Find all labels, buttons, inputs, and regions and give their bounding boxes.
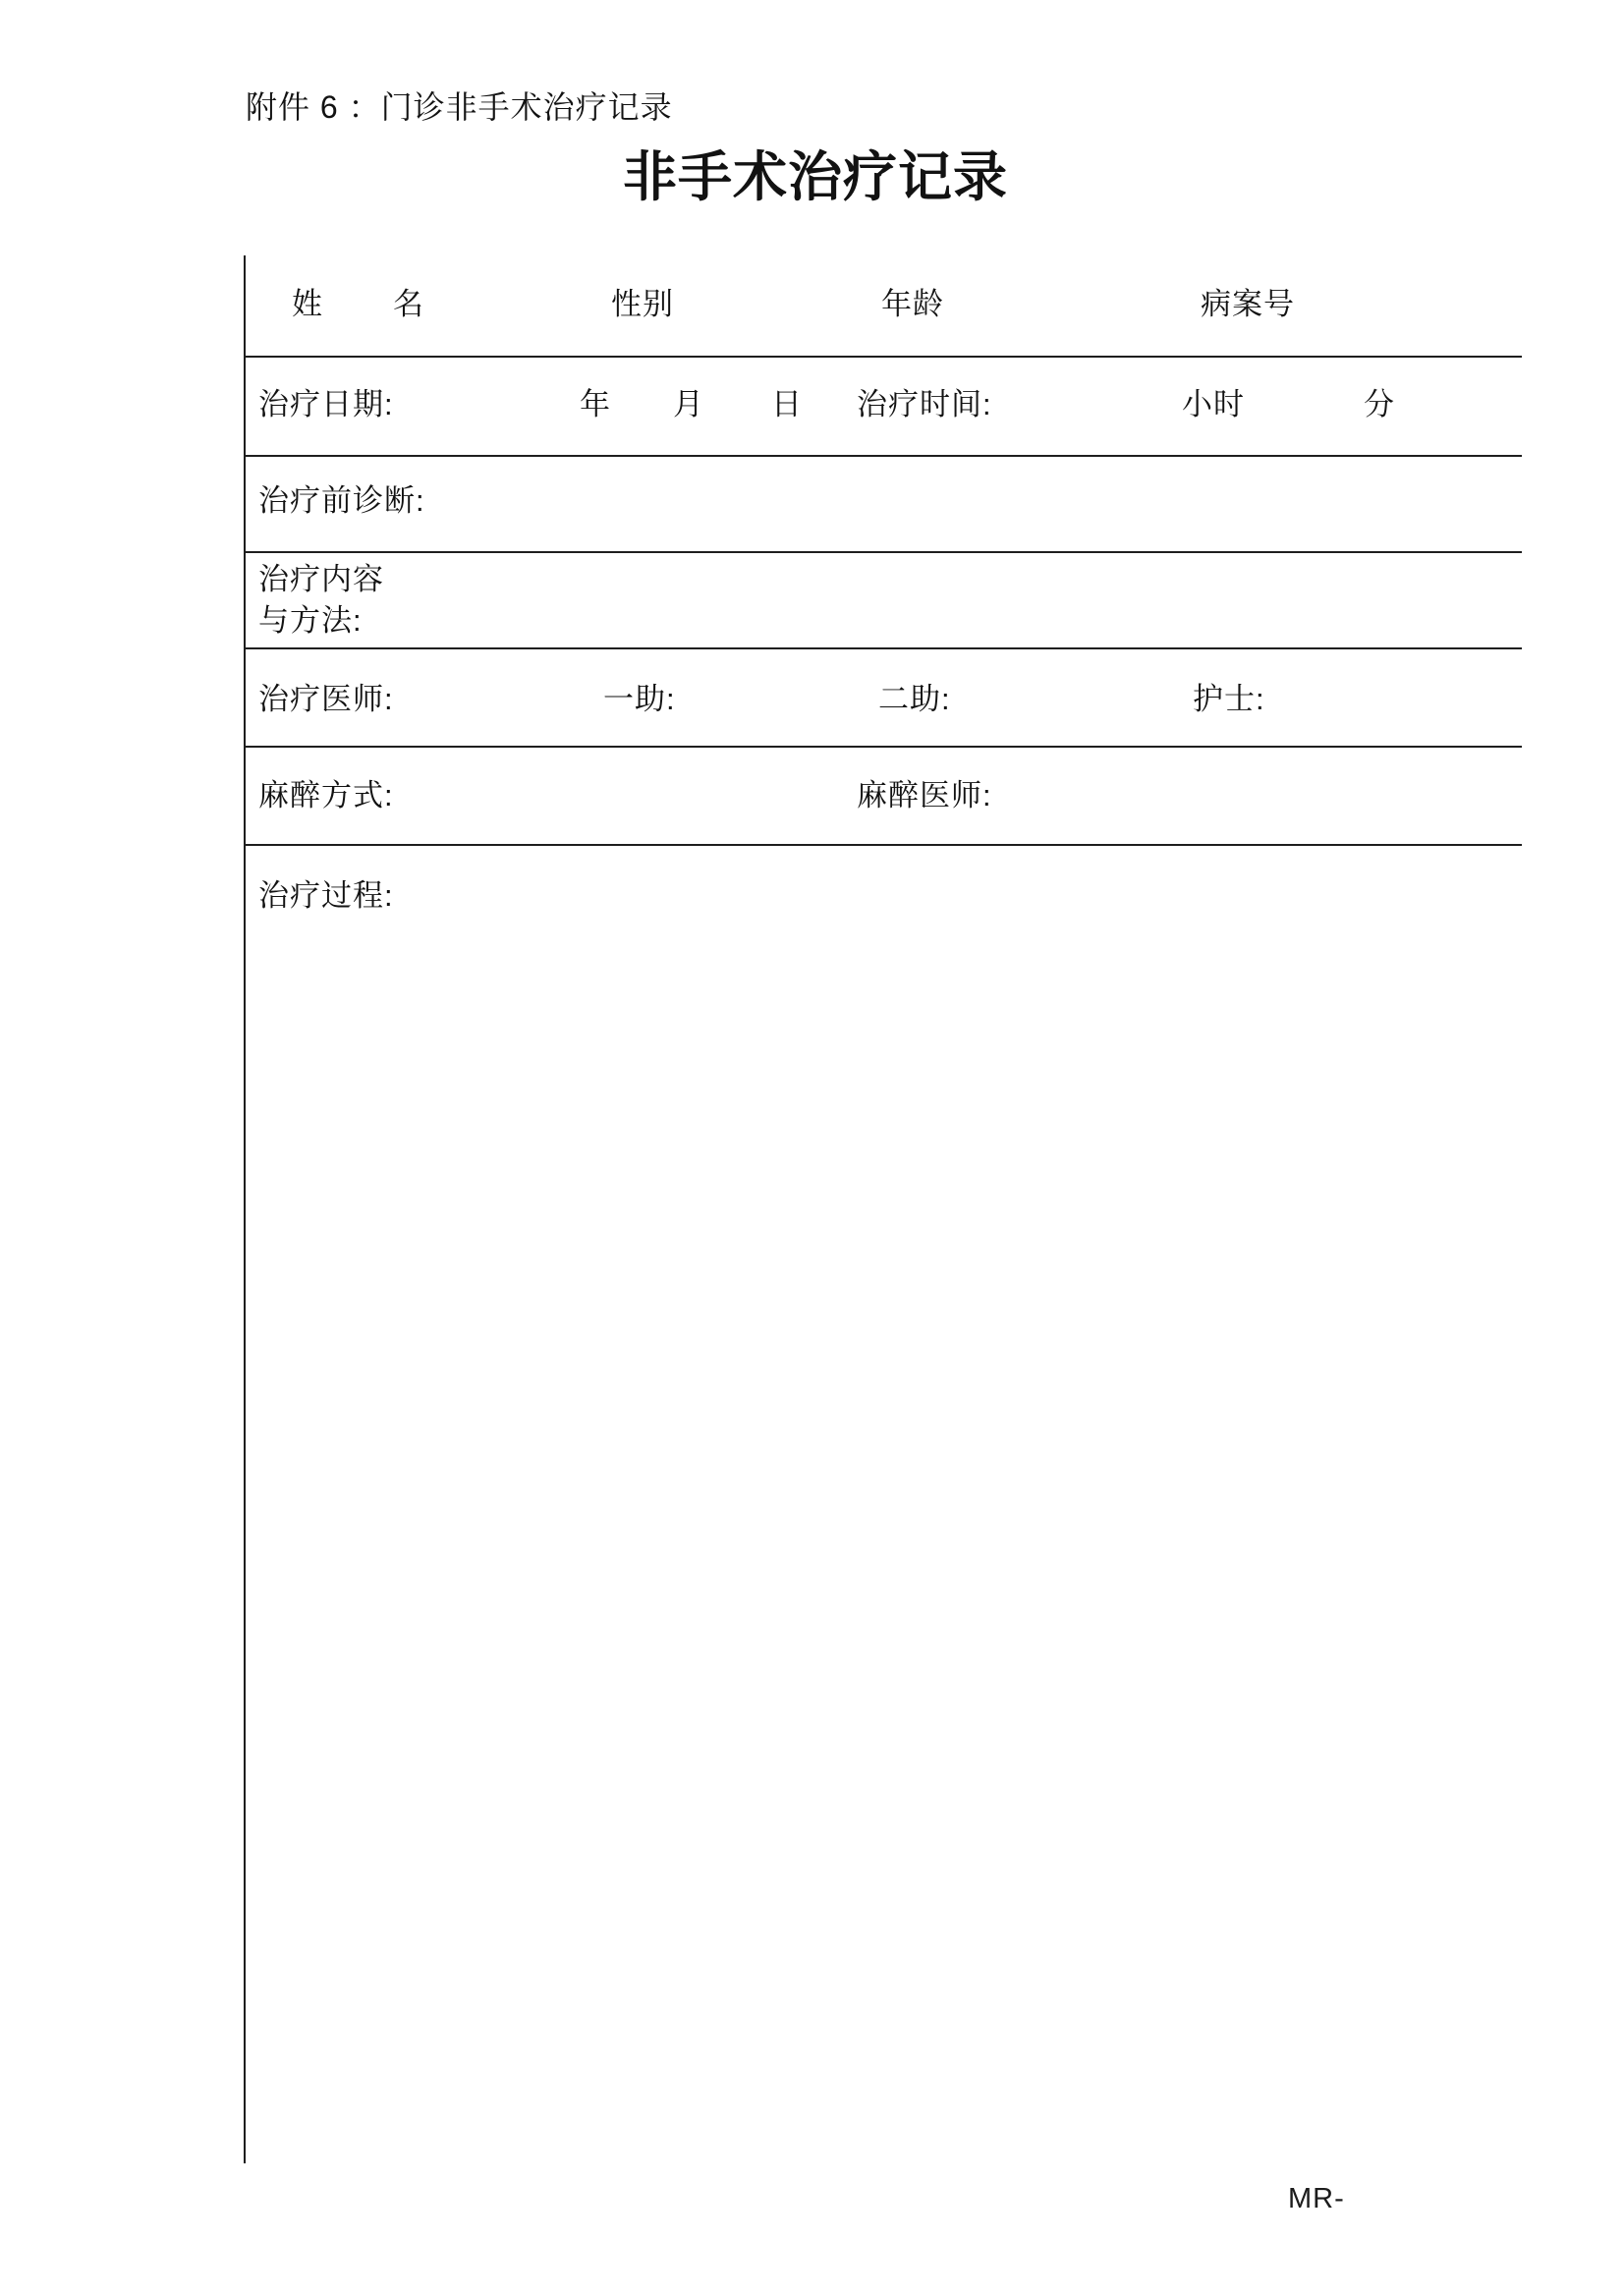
- row-divider-3: [244, 551, 1522, 553]
- physician-label: 治疗医师:: [258, 682, 394, 717]
- age-label: 年龄: [881, 287, 944, 322]
- minute-label: 分: [1364, 387, 1395, 422]
- attachment-note: 附件 6 ：门诊非手术治疗记录: [246, 83, 673, 128]
- treatment-process-label: 治疗过程:: [258, 878, 394, 914]
- treatment-content-label-line2: 与方法:: [258, 603, 363, 639]
- footer-code: MR-: [1288, 2183, 1345, 2215]
- day-label: 日: [771, 387, 803, 422]
- row-divider-2: [244, 455, 1522, 457]
- hour-label: 小时: [1182, 387, 1245, 422]
- year-label: 年: [580, 387, 611, 422]
- case-number-label: 病案号: [1201, 287, 1295, 322]
- treatment-content-label-line1: 治疗内容: [258, 562, 384, 597]
- table-left-border: [244, 255, 246, 2163]
- row-divider-6: [244, 844, 1522, 846]
- row-divider-1: [244, 356, 1522, 358]
- pre-diagnosis-label: 治疗前诊断:: [258, 483, 425, 519]
- row-divider-5: [244, 746, 1522, 748]
- document-page: 附件 6 ：门诊非手术治疗记录 非手术治疗记录 姓 名 性别 年龄 病案号 治疗…: [0, 0, 1624, 2296]
- row-divider-4: [244, 647, 1522, 649]
- month-label: 月: [673, 387, 704, 422]
- surname-label: 姓: [292, 287, 323, 322]
- anesthesiologist-label: 麻醉医师:: [857, 778, 992, 813]
- treatment-time-label: 治疗时间:: [857, 387, 992, 422]
- nurse-label: 护士:: [1193, 682, 1265, 717]
- second-assistant-label: 二助:: [878, 682, 951, 717]
- givenname-label: 名: [393, 287, 424, 322]
- anesthesia-method-label: 麻醉方式:: [258, 778, 394, 813]
- first-assistant-label: 一助:: [603, 682, 676, 717]
- treatment-date-label: 治疗日期:: [258, 387, 394, 422]
- gender-label: 性别: [611, 287, 674, 322]
- page-title: 非手术治疗记录: [0, 134, 1624, 211]
